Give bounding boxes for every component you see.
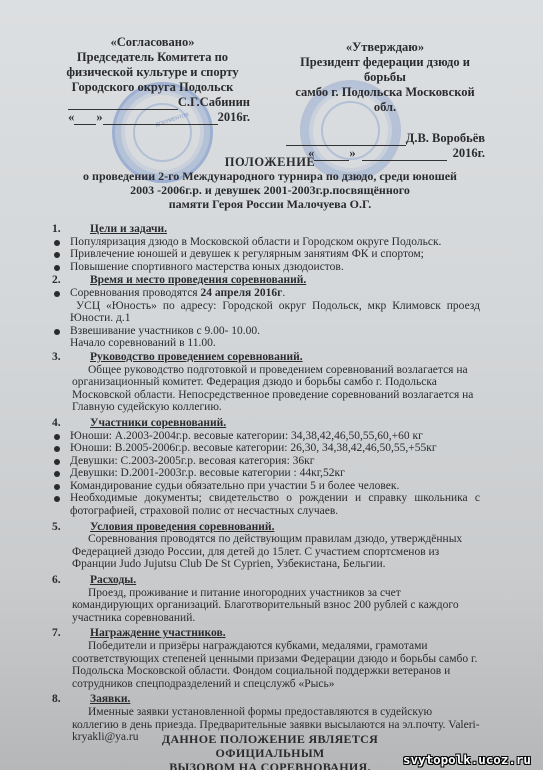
signatory-name: С.Г.Сабинин xyxy=(178,95,250,110)
approval-line: самбо г. Подольска Московской обл. xyxy=(285,85,485,115)
section-number: 3. xyxy=(40,351,90,364)
document-body: 1. Цели и задачи. Популяризация дзюдо в … xyxy=(40,222,480,744)
list-item: Привлечение юношей и девушек к регулярны… xyxy=(40,248,480,261)
section-heading-participants: 4. Участники соревнований. xyxy=(40,417,480,430)
section-number: 2. xyxy=(40,274,90,287)
bullet-icon xyxy=(40,467,70,480)
section-number: 4. xyxy=(40,417,90,430)
bullet-icon xyxy=(40,492,70,517)
date-year: 2016г. xyxy=(218,110,250,125)
section-title: Расходы. xyxy=(90,574,136,587)
bullet-icon xyxy=(40,480,70,493)
bullet-icon xyxy=(40,430,70,443)
list-item: Популяризация дзюдо в Московской области… xyxy=(40,236,480,249)
start-time: Начало соревнований в 11.00. xyxy=(40,337,480,350)
document-page: ДОКУМЕНТОВ «Согласовано» Председатель Ко… xyxy=(0,0,543,770)
day-blank xyxy=(74,113,96,125)
approval-line: Президент федерации дзюдо и борьбы xyxy=(285,55,485,85)
approval-line: Городского округа Подольск xyxy=(55,80,250,95)
bullet-icon xyxy=(40,248,70,261)
section-heading-applications: 8. Заявки. xyxy=(40,693,480,706)
section-title: Цели и задачи. xyxy=(90,223,167,236)
section-title: Руководство проведением соревнований. xyxy=(90,351,303,364)
section-number: 6. xyxy=(40,574,90,587)
list-item: Необходимые документы; свидетельство о р… xyxy=(40,492,480,517)
approval-block-agreed: «Согласовано» Председатель Комитета по ф… xyxy=(55,35,250,125)
section-text: Проезд, проживание и питание иногородних… xyxy=(40,587,480,625)
section-text: Соревнования проводятся по действующим п… xyxy=(40,533,480,571)
month-blank xyxy=(103,113,218,125)
section-heading-expenses: 6. Расходы. xyxy=(40,574,480,587)
section-title: Участники соревнований. xyxy=(90,417,226,430)
section-title: Время и место проведения соревнований. xyxy=(90,274,306,287)
list-item: Командирование судьи обязательно при уча… xyxy=(40,480,480,493)
approval-line: Председатель Комитета по xyxy=(55,50,250,65)
list-item: Девушки: С.2003-2005г.р. весовая категор… xyxy=(40,455,480,468)
section-text: Общее руководство подготовкой и проведен… xyxy=(40,364,480,414)
section-heading-goals: 1. Цели и задачи. xyxy=(40,223,480,236)
section-number: 8. xyxy=(40,693,90,706)
section-title: Заявки. xyxy=(90,693,130,706)
list-item: Соревнования проводятся 24 апреля 2016г. xyxy=(40,287,480,300)
section-number: 7. xyxy=(40,627,90,640)
signature-line: Д.В. Воробьёв xyxy=(285,131,485,146)
section-text: Победители и призёры награждаются кубкам… xyxy=(40,640,480,690)
approval-heading: «Согласовано» xyxy=(55,35,250,50)
venue-address: УСЦ «Юность» по адресу: Городской округ … xyxy=(40,300,480,325)
section-heading-time-place: 2. Время и место проведения соревнований… xyxy=(40,274,480,287)
bullet-icon xyxy=(40,442,70,455)
bullet-icon xyxy=(40,455,70,468)
list-item: Повышение спортивного мастерства юных дз… xyxy=(40,261,480,274)
section-heading-management: 3. Руководство проведением соревнований. xyxy=(40,351,480,364)
section-title: Награждение участников. xyxy=(90,627,226,640)
bullet-icon xyxy=(40,325,70,338)
signature-blank xyxy=(286,134,406,146)
title-line: о проведении 2-го Международного турнира… xyxy=(40,169,500,183)
section-number: 5. xyxy=(40,521,90,534)
bullet-icon xyxy=(40,261,70,274)
official-call-notice: ДАННОЕ ПОЛОЖЕНИЕ ЯВЛЯЕТСЯ ОФИЦИАЛЬНЫМ ВЫ… xyxy=(120,732,420,770)
approval-line: физической культуре и спорту xyxy=(55,65,250,80)
list-item: Юноши: В.2005-2006г.р. весовые категории… xyxy=(40,442,480,455)
section-heading-awards: 7. Награждение участников. xyxy=(40,627,480,640)
title-main: ПОЛОЖЕНИЕ xyxy=(40,155,500,169)
signature-line: С.Г.Сабинин xyxy=(55,95,250,110)
title-line: памяти Героя России Малочуева О.Г. xyxy=(40,197,500,211)
list-item: Девушки: D.2001-2003г.р. весовые категор… xyxy=(40,467,480,480)
event-date: 24 апреля 2016г xyxy=(200,287,282,299)
section-title: Условия проведения соревнований. xyxy=(90,521,274,534)
list-item: Юноши: А.2003-2004г.р. весовые категории… xyxy=(40,430,480,443)
document-title: ПОЛОЖЕНИЕ о проведении 2-го Международно… xyxy=(40,155,500,211)
approval-block-approved: «Утверждаю» Президент федерации дзюдо и … xyxy=(285,40,485,161)
section-number: 1. xyxy=(40,223,90,236)
date-line: « » 2016г. xyxy=(55,110,250,125)
signature-blank xyxy=(68,98,178,110)
signatory-name: Д.В. Воробьёв xyxy=(406,131,485,146)
site-watermark: svytopolk.ucoz.ru xyxy=(403,752,531,767)
title-line: 2003 -2006г.р. и девушек 2001-2003г.р.по… xyxy=(40,183,500,197)
bullet-icon xyxy=(40,236,70,249)
list-item: Взвешивание участников с 9.00- 10.00. xyxy=(40,325,480,338)
approval-heading: «Утверждаю» xyxy=(285,40,485,55)
section-heading-conditions: 5. Условия проведения соревнований. xyxy=(40,521,480,534)
bullet-icon xyxy=(40,287,70,300)
